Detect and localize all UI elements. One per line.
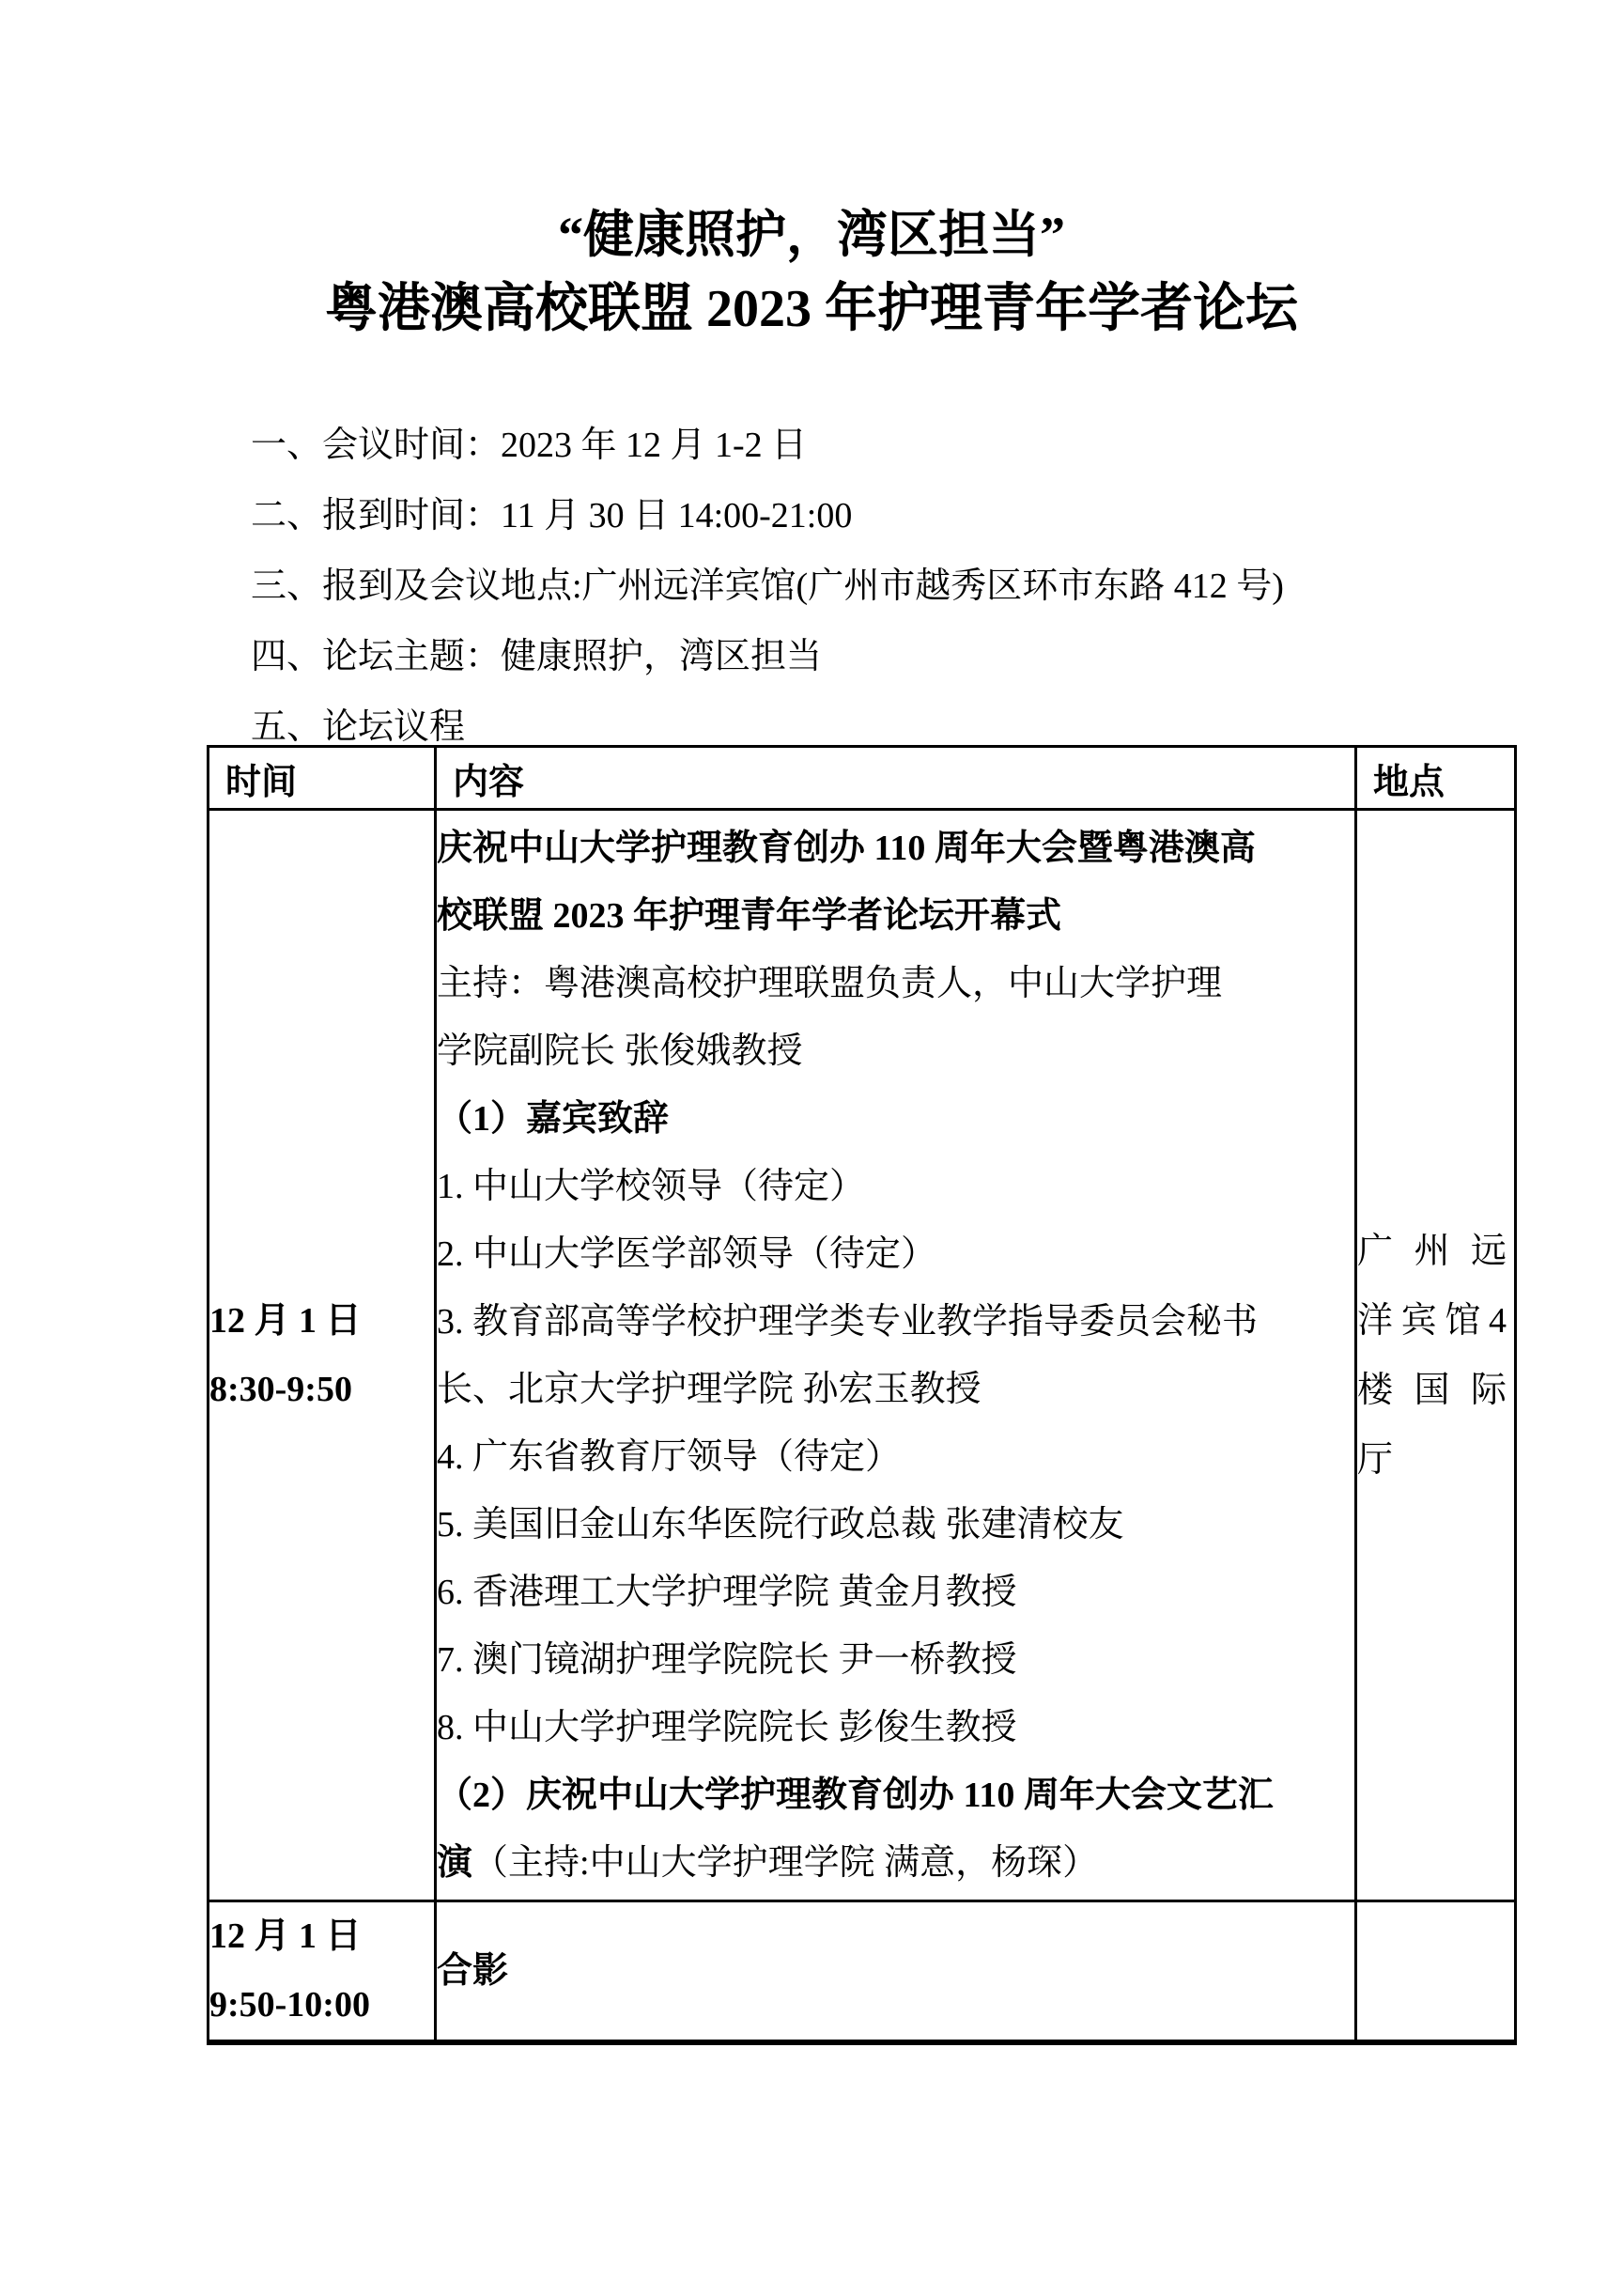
- document-title-line2: 粤港澳高校联盟 2023 年护理青年学者论坛: [0, 276, 1623, 342]
- text-line: 四、论坛主题：健康照护，湾区担当: [251, 622, 1528, 692]
- text-line: 演（主持:中山大学护理学院 满意，杨琛）: [437, 1829, 1354, 1897]
- text-line: 一、会议时间：2023 年 12 月 1-2 日: [251, 411, 1528, 481]
- content-text: 合影: [437, 1937, 1354, 2005]
- content-cell: 合影: [436, 1901, 1356, 2043]
- text-line: 学院副院长 张俊娥教授: [437, 1017, 1354, 1085]
- location-cell: [1356, 1901, 1516, 2043]
- time-cell: 12 月 1 日9:50-10:00: [209, 1901, 436, 2043]
- time-text: 12 月 1 日9:50-10:00: [209, 1902, 434, 2040]
- text-line: 7. 澳门镜湖护理学院院长 尹一桥教授: [437, 1626, 1354, 1694]
- text-line: 三、报到及会议地点:广州远洋宾馆(广州市越秀区环市东路 412 号): [251, 551, 1528, 622]
- text-line: 庆祝中山大学护理教育创办 110 周年大会暨粤港澳高: [437, 814, 1354, 882]
- header-cell-location: 地点: [1356, 747, 1516, 810]
- text-line: 12 月 1 日: [209, 1902, 434, 1971]
- text-line: 2. 中山大学医学部领导（待定）: [437, 1220, 1354, 1288]
- agenda-table: 时间 内容 地点 12 月 1 日8:30-9:50 庆祝中山大学护理教育创办 …: [207, 745, 1517, 2045]
- agenda-header-row: 时间 内容 地点: [209, 747, 1516, 810]
- text-line: （1）嘉宾致辞: [437, 1085, 1354, 1153]
- header-cell-content: 内容: [436, 747, 1356, 810]
- content-cell: 庆祝中山大学护理教育创办 110 周年大会暨粤港澳高校联盟 2023 年护理青年…: [436, 810, 1356, 1901]
- agenda-row-group-photo: 12 月 1 日9:50-10:00 合影: [209, 1901, 1516, 2043]
- text-line: 校联盟 2023 年护理青年学者论坛开幕式: [437, 882, 1354, 950]
- time-cell: 12 月 1 日8:30-9:50: [209, 810, 436, 1901]
- document-page: “健康照护，湾区担当” 粤港澳高校联盟 2023 年护理青年学者论坛 一、会议时…: [0, 0, 1623, 2296]
- text-line: 长、北京大学护理学院 孙宏玉教授: [437, 1356, 1354, 1423]
- text-line: 合影: [437, 1937, 1354, 2005]
- location-text: 广州远洋宾馆4楼国际厅: [1357, 1217, 1514, 1495]
- text-line: 5. 美国旧金山东华医院行政总裁 张建清校友: [437, 1491, 1354, 1559]
- text-line: 二、报到时间：11 月 30 日 14:00-21:00: [251, 481, 1528, 551]
- text-line: 4. 广东省教育厅领导（待定）: [437, 1423, 1354, 1491]
- text-line: 6. 香港理工大学护理学院 黄金月教授: [437, 1559, 1354, 1626]
- text-line: 8. 中山大学护理学院院长 彭俊生教授: [437, 1694, 1354, 1761]
- meeting-info-list: 一、会议时间：2023 年 12 月 1-2 日二、报到时间：11 月 30 日…: [251, 411, 1528, 763]
- content-text: 庆祝中山大学护理教育创办 110 周年大会暨粤港澳高校联盟 2023 年护理青年…: [437, 814, 1354, 1897]
- time-text: 12 月 1 日8:30-9:50: [209, 1287, 434, 1424]
- text-line: 8:30-9:50: [209, 1356, 434, 1424]
- text-line: 12 月 1 日: [209, 1287, 434, 1356]
- document-title-line1: “健康照护，湾区担当”: [0, 205, 1623, 265]
- text-line: 3. 教育部高等学校护理学类专业教学指导委员会秘书: [437, 1288, 1354, 1356]
- text-line: 1. 中山大学校领导（待定）: [437, 1153, 1354, 1220]
- agenda-row-opening-ceremony: 12 月 1 日8:30-9:50 庆祝中山大学护理教育创办 110 周年大会暨…: [209, 810, 1516, 1901]
- location-cell: 广州远洋宾馆4楼国际厅: [1356, 810, 1516, 1901]
- header-cell-time: 时间: [209, 747, 436, 810]
- text-line: 主持：粤港澳高校护理联盟负责人，中山大学护理: [437, 950, 1354, 1017]
- text-line: 9:50-10:00: [209, 1971, 434, 2040]
- text-line: （2）庆祝中山大学护理教育创办 110 周年大会文艺汇: [437, 1761, 1354, 1829]
